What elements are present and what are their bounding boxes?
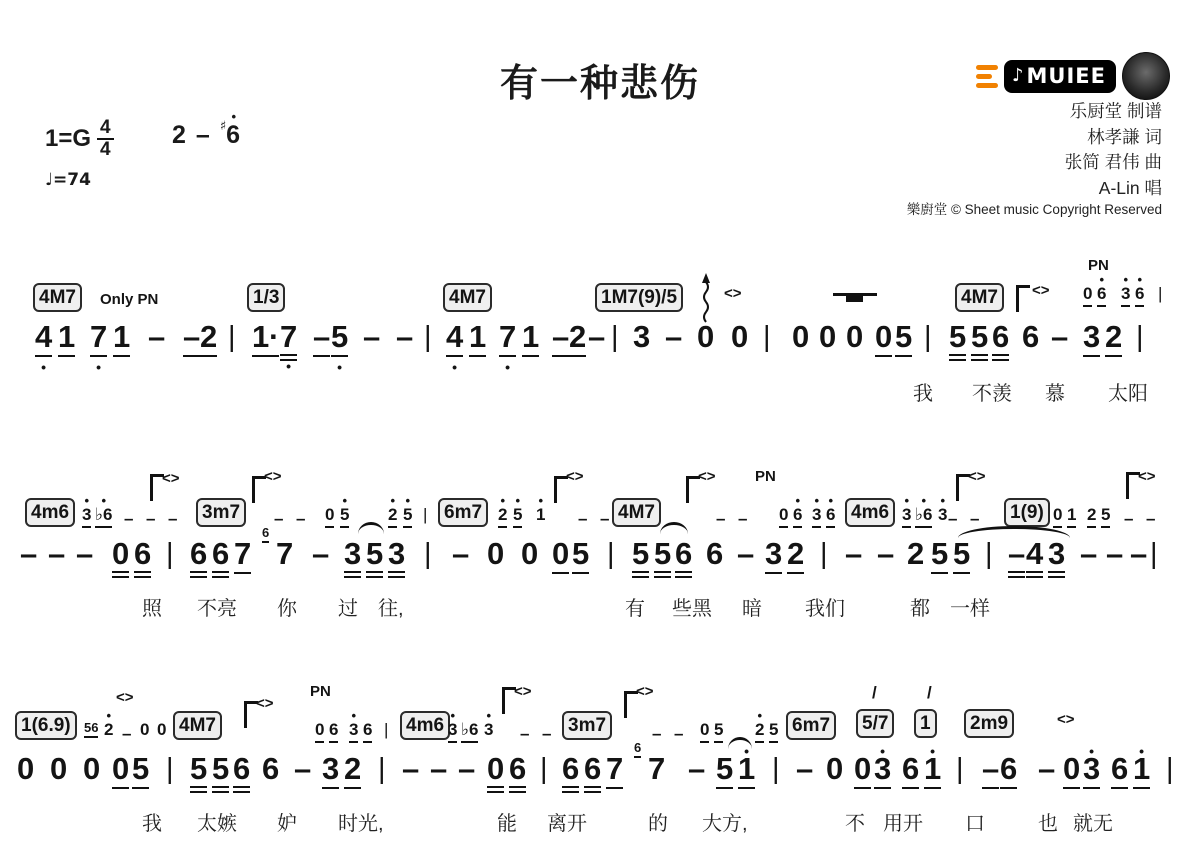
lyric: 不羡 xyxy=(972,377,1012,406)
upper-voice-note: – xyxy=(600,510,609,528)
melody-note: 6 xyxy=(584,753,601,793)
slur-arc xyxy=(660,522,688,534)
melody-note: 6 xyxy=(262,753,279,785)
upper-voice-note: 5 xyxy=(714,721,723,743)
lyric: 用开 xyxy=(883,807,923,836)
hairpin-icon: <> xyxy=(162,470,180,487)
grace-note: 56 xyxy=(84,721,98,738)
melody-note: 3 xyxy=(322,753,339,789)
melody-note: 3 xyxy=(388,538,405,578)
upper-voice-note: 2 xyxy=(755,721,764,743)
upper-voice-note: 2 xyxy=(104,721,113,739)
slur-arc xyxy=(358,522,384,534)
melody-note: 5 xyxy=(895,321,912,357)
chord-badge: 4M7 xyxy=(173,711,222,740)
upper-voice-note: – xyxy=(296,510,305,528)
upper-voice-note: 5 xyxy=(769,721,778,743)
lyric: 离开 xyxy=(547,807,587,836)
upper-voice-note: 0 xyxy=(315,721,324,743)
melody-note: 5 xyxy=(331,321,348,357)
melody-note: – xyxy=(1038,753,1055,785)
melody-note: 0 xyxy=(697,321,714,353)
melody-note: – xyxy=(982,753,999,789)
quarter-note-icon: ♩ xyxy=(45,170,53,190)
melody-note: 0 xyxy=(50,753,67,785)
melody-note: 1 xyxy=(522,321,539,357)
pickup-degree: 6 xyxy=(226,121,240,150)
upper-voice-note: ♭6 xyxy=(461,721,478,743)
chord-badge: 2m9 xyxy=(964,709,1014,738)
upper-voice-note: – xyxy=(542,725,551,743)
melody-note: 7 xyxy=(234,538,251,574)
barline: | xyxy=(424,538,432,570)
melody-note: – xyxy=(588,321,605,353)
lyric: 照 xyxy=(142,592,162,621)
melody-note: 5 xyxy=(212,753,229,793)
upper-voice-note: 1 xyxy=(1067,506,1076,528)
melody-note: 1 xyxy=(738,753,755,789)
logo-text: MUIEE xyxy=(1027,64,1106,88)
melody-note: 5 xyxy=(190,753,207,793)
copyright-line: 樂廚堂 © Sheet music Copyright Reserved xyxy=(907,198,1162,218)
tempo-marking: ♩=74 xyxy=(45,170,91,190)
hairpin-icon: <> xyxy=(1138,468,1156,485)
melody-note: – xyxy=(20,538,37,570)
hairpin-icon: <> xyxy=(514,683,532,700)
upper-voice-note: 0 xyxy=(1053,506,1062,528)
melody-note: 5 xyxy=(572,538,589,574)
barline: | xyxy=(607,538,615,570)
melody-note: 6 xyxy=(1111,753,1128,789)
hold-corner-icon xyxy=(1016,285,1030,312)
upper-voice-note: – xyxy=(168,510,177,528)
melody-note: 4 xyxy=(1026,538,1043,578)
melody-note: 6 xyxy=(1000,753,1017,789)
melody-note: 0 xyxy=(819,321,836,353)
barline: | xyxy=(1150,538,1158,570)
hairpin-icon: <> xyxy=(636,683,654,700)
hairpin-icon: <> xyxy=(116,689,134,706)
hairpin-icon: <> xyxy=(264,468,282,485)
melody-note: 0 xyxy=(552,538,569,574)
melody-note: – xyxy=(76,538,93,570)
melody-note: 3 xyxy=(633,321,650,353)
melody-note: 6 xyxy=(675,538,692,578)
melody-note: 1 xyxy=(58,321,75,357)
lyric: 些黑 xyxy=(672,592,712,621)
upper-voice-note: 6 xyxy=(1097,285,1106,307)
melody-note: 2 xyxy=(200,321,217,357)
melody-note: 2 xyxy=(787,538,804,574)
upper-voice-note: 3 xyxy=(938,506,947,524)
upper-voice-note: – xyxy=(716,510,725,528)
barline: | xyxy=(763,321,771,353)
hairpin-icon: <> xyxy=(724,285,742,302)
melody-note: 7 xyxy=(499,321,516,357)
melody-note: 1 xyxy=(252,321,269,357)
credits-block: 乐厨堂 制谱林孝謙 词张简 君伟 曲A-Lin 唱 xyxy=(1065,99,1162,201)
slash-mark-icon: / xyxy=(927,683,932,703)
melody-note: 7 xyxy=(280,321,297,361)
lyric: 你 xyxy=(277,592,297,621)
upper-voice-note: 5 xyxy=(513,506,522,528)
chord-badge: 1 xyxy=(914,709,937,738)
lyric: 就无 xyxy=(1073,807,1113,836)
upper-voice-note: ♭6 xyxy=(95,506,112,528)
melody-note: – xyxy=(402,753,419,785)
melody-note: 5 xyxy=(971,321,988,361)
page-title: 有一种悲伤 xyxy=(500,52,700,107)
melody-note: – xyxy=(294,753,311,785)
upper-voice-note: 3 xyxy=(812,506,821,528)
lyric: 都 xyxy=(910,592,930,621)
melody-note: 7 xyxy=(276,538,293,570)
pickup-dash: – xyxy=(196,121,210,150)
melody-note: 3 xyxy=(1083,321,1100,357)
chord-badge: 3m7 xyxy=(196,498,246,527)
melody-note: – xyxy=(363,321,380,353)
melody-note: 6 xyxy=(706,538,723,570)
hairpin-icon: <> xyxy=(1032,282,1050,299)
upper-voice-note: – xyxy=(274,510,283,528)
time-signature: 4 4 xyxy=(97,118,114,160)
lyric: 不 xyxy=(845,807,865,836)
melody-note: 0 xyxy=(846,321,863,353)
chord-badge: 5/7 xyxy=(856,709,894,738)
hairpin-icon: <> xyxy=(698,468,716,485)
melody-note: 5 xyxy=(949,321,966,361)
key-signature: 1=G 4 4 xyxy=(45,118,114,160)
music-line: 4M7Only PN1/34M71M7(9)/5<>4M7<>PN0636|41… xyxy=(0,255,1200,430)
lyric: 太嫉 xyxy=(197,807,237,836)
upper-voice-note: – xyxy=(578,510,587,528)
lyric: 口 xyxy=(965,807,985,836)
upper-voice-note: – xyxy=(970,510,979,528)
chord-badge: 3m7 xyxy=(562,711,612,740)
lyric: 往, xyxy=(378,592,404,621)
barline: | xyxy=(924,321,932,353)
upper-voice-note: – xyxy=(652,725,661,743)
melody-note: 3 xyxy=(1048,538,1065,578)
melody-note: 3 xyxy=(874,753,891,789)
annotation-label: PN xyxy=(755,468,776,485)
melody-note: – xyxy=(552,321,569,357)
publisher-logo: ♪ MUIEE xyxy=(976,52,1170,100)
credit-line: 乐厨堂 制谱 xyxy=(1065,99,1162,125)
lyric: 太阳 xyxy=(1108,377,1148,406)
music-line: 4m63♭6<>–––3m7<>––0525|6m7251<>––4M7<>––… xyxy=(0,468,1200,643)
melody-note: 3 xyxy=(1083,753,1100,789)
barline: | xyxy=(611,321,619,353)
melody-note: – xyxy=(148,321,165,353)
upper-voice-note: 5 xyxy=(340,506,349,528)
chord-badge: 4m6 xyxy=(25,498,75,527)
melody-note: – xyxy=(312,538,329,570)
annotation-label: PN xyxy=(1088,257,1109,274)
melody-note: – xyxy=(458,753,475,785)
slash-mark-icon: / xyxy=(872,683,877,703)
barline: | xyxy=(1136,321,1144,353)
lyric: 我们 xyxy=(805,592,845,621)
grace-note: 6 xyxy=(634,741,641,758)
annotation-label: PN xyxy=(310,683,331,700)
melody-note: 1 xyxy=(1133,753,1150,789)
time-sig-denominator: 4 xyxy=(100,140,111,160)
upper-voice-note: 5 xyxy=(403,506,412,528)
upper-voice-note: 3 xyxy=(1121,285,1130,307)
upper-voice-note: 2 xyxy=(498,506,507,528)
melody-note: 2 xyxy=(1105,321,1122,357)
melody-note: 5 xyxy=(953,538,970,574)
barline: | xyxy=(772,753,780,785)
melody-note: 3 xyxy=(765,538,782,574)
melody-note: 0 xyxy=(487,538,504,570)
melody-note: 5 xyxy=(366,538,383,578)
upper-voice-note: 2 xyxy=(388,506,397,528)
hairpin-icon: <> xyxy=(968,468,986,485)
hamburger-menu-icon xyxy=(976,65,998,88)
chord-badge: 6m7 xyxy=(786,711,836,740)
pickup-note: 2 xyxy=(172,121,186,150)
melody-note: – xyxy=(845,538,862,570)
music-note-icon: ♪ xyxy=(1012,65,1025,86)
lyric: 一样 xyxy=(950,592,990,621)
lyric: 过 xyxy=(338,592,358,621)
melody-note: 2 xyxy=(907,538,924,570)
melody-note: 6 xyxy=(992,321,1009,361)
barline: | xyxy=(378,753,386,785)
lyric: 的 xyxy=(648,807,668,836)
upper-barline: | xyxy=(384,721,388,739)
upper-voice-note: ♭6 xyxy=(915,506,932,528)
melody-note: 6 xyxy=(233,753,250,793)
barline: | xyxy=(985,538,993,570)
melody-note: 5 xyxy=(654,538,671,578)
upper-voice-note: 0 xyxy=(700,721,709,743)
pickup-notes: 2 – ♯ 6 xyxy=(172,121,240,150)
chord-badge: 1(6.9) xyxy=(15,711,77,740)
melody-note: 4 xyxy=(35,321,52,357)
melody-note: 6 xyxy=(509,753,526,793)
sheet-page: 有一种悲伤 ♪ MUIEE 乐厨堂 制谱林孝謙 词张简 君伟 曲A-Lin 唱 … xyxy=(0,0,1200,850)
upper-voice-note: 0 xyxy=(1083,285,1092,307)
lyric: 我 xyxy=(913,377,933,406)
lyric: 慕 xyxy=(1045,377,1065,406)
melody-note: 1 xyxy=(113,321,130,357)
upper-voice-note: 1 xyxy=(536,506,545,524)
upper-voice-note: – xyxy=(674,725,683,743)
melody-note: – xyxy=(430,753,447,785)
upper-voice-note: 3 xyxy=(82,506,91,528)
upper-voice-note: 6 xyxy=(793,506,802,528)
upper-voice-note: 6 xyxy=(826,506,835,528)
key-label: 1=G xyxy=(45,125,91,153)
grace-note: 6 xyxy=(262,526,269,543)
upper-voice-note: 6 xyxy=(363,721,372,743)
melody-note: 0 xyxy=(826,753,843,785)
annotation-label: Only PN xyxy=(100,291,158,308)
chord-badge: 6m7 xyxy=(438,498,488,527)
melody-note: 0 xyxy=(17,753,34,785)
melody-note: 0 xyxy=(731,321,748,353)
melody-note: 0 xyxy=(1063,753,1080,789)
melody-note: 5 xyxy=(931,538,948,574)
melody-note: – xyxy=(796,753,813,785)
upper-voice-note: 3 xyxy=(484,721,493,739)
chord-badge: 4M7 xyxy=(612,498,661,527)
credit-line: 林孝謙 词 xyxy=(1065,125,1162,151)
upper-voice-note: 2 xyxy=(1087,506,1096,528)
chord-badge: 1/3 xyxy=(247,283,285,312)
hairpin-icon: <> xyxy=(566,468,584,485)
melody-note: 6 xyxy=(134,538,151,578)
melody-note: 0 xyxy=(854,753,871,789)
lyric: 也 xyxy=(1038,807,1058,836)
lyric: 有 xyxy=(625,592,645,621)
hairpin-icon: <> xyxy=(1057,711,1075,728)
melody-note: 7 xyxy=(648,753,665,785)
upper-voice-note: – xyxy=(520,725,529,743)
melody-note: – xyxy=(452,538,469,570)
melody-note: 7 xyxy=(90,321,107,357)
lyric: 我 xyxy=(142,807,162,836)
upper-voice-note: – xyxy=(124,510,133,528)
melody-note: 2 xyxy=(344,753,361,789)
upper-voice-note: 0 xyxy=(779,506,788,528)
logo-wordmark: ♪ MUIEE xyxy=(1004,60,1116,93)
credit-line: 张简 君伟 曲 xyxy=(1065,150,1162,176)
melody-note: – xyxy=(737,538,754,570)
upper-voice-note: – xyxy=(1146,510,1155,528)
time-sig-numerator: 4 xyxy=(97,118,114,140)
chord-badge: 4m6 xyxy=(845,498,895,527)
melody-note: – xyxy=(1080,538,1097,570)
melody-note: – xyxy=(1051,321,1068,353)
melody-note: 2 xyxy=(569,321,586,357)
tempo-value: =74 xyxy=(53,170,91,190)
melody-note: – xyxy=(877,538,894,570)
melody-note: 3 xyxy=(344,538,361,578)
melody-note: 5 xyxy=(132,753,149,789)
music-line: 1(6.9)562–00<>4M7<>PN0636|4m63♭63<>––3m7… xyxy=(0,683,1200,850)
melody-note: – xyxy=(688,753,705,785)
melody-note: – xyxy=(1106,538,1123,570)
upper-voice-note: 6 xyxy=(329,721,338,743)
melody-note: 0 xyxy=(112,538,129,578)
melody-note: 0 xyxy=(83,753,100,785)
upper-voice-note: 0 xyxy=(140,721,149,739)
melody-note: 6 xyxy=(562,753,579,793)
upper-voice-note: 3 xyxy=(902,506,911,528)
melody-note: 1 xyxy=(924,753,941,789)
chord-badge: 4M7 xyxy=(955,283,1004,312)
melody-note: 0 xyxy=(521,538,538,570)
barline: | xyxy=(166,538,174,570)
upper-voice-note: 3 xyxy=(448,721,457,743)
melody-note: 6 xyxy=(1022,321,1039,353)
lyric: 不亮 xyxy=(197,592,237,621)
hairpin-icon: <> xyxy=(256,695,274,712)
melody-note: – xyxy=(1130,538,1147,570)
melody-note: 1 xyxy=(469,321,486,357)
upper-barline: | xyxy=(1158,285,1162,303)
melody-note: – xyxy=(396,321,413,353)
chord-badge: 4M7 xyxy=(443,283,492,312)
lyric: 能 xyxy=(497,807,517,836)
lyric: 暗 xyxy=(742,592,762,621)
melody-note: – xyxy=(48,538,65,570)
melody-note: 0 xyxy=(875,321,892,357)
avatar xyxy=(1122,52,1170,100)
chord-badge: 4m6 xyxy=(400,711,450,740)
melody-note: – xyxy=(183,321,200,357)
rest-bar-icon xyxy=(833,293,877,296)
melody-note: – xyxy=(665,321,682,353)
melody-note: 6 xyxy=(190,538,207,578)
upper-voice-note: – xyxy=(1124,510,1133,528)
upper-voice-note: – xyxy=(122,725,131,743)
barline: | xyxy=(540,753,548,785)
upper-voice-note: – xyxy=(948,510,957,528)
melody-note: 7 xyxy=(606,753,623,789)
barline: | xyxy=(228,321,236,353)
chord-badge: 1(9) xyxy=(1004,498,1050,527)
melody-note: 0 xyxy=(112,753,129,789)
lyric: 妒 xyxy=(277,807,297,836)
lyric: 大方, xyxy=(702,807,748,836)
melody-note: – xyxy=(313,321,330,357)
upper-voice-note: 6 xyxy=(1135,285,1144,307)
upper-voice-note: – xyxy=(738,510,747,528)
upper-barline: | xyxy=(423,506,427,524)
melody-note: 0 xyxy=(487,753,504,793)
melody-note: 4 xyxy=(446,321,463,357)
barline: | xyxy=(424,321,432,353)
melody-note: · xyxy=(269,321,279,357)
barline: | xyxy=(820,538,828,570)
upper-voice-note: 5 xyxy=(1101,506,1110,528)
melody-note: – xyxy=(1008,538,1025,578)
chord-badge: 1M7(9)/5 xyxy=(595,283,683,312)
melody-note: 6 xyxy=(212,538,229,578)
melody-note: 5 xyxy=(716,753,733,789)
melody-note: 0 xyxy=(792,321,809,353)
chord-badge: 4M7 xyxy=(33,283,82,312)
barline: | xyxy=(1166,753,1174,785)
upper-voice-note: – xyxy=(146,510,155,528)
barline: | xyxy=(166,753,174,785)
lyric: 时光, xyxy=(338,807,384,836)
melody-note: 5 xyxy=(632,538,649,578)
upper-voice-note: 0 xyxy=(157,721,166,739)
upper-voice-note: 3 xyxy=(349,721,358,743)
barline: | xyxy=(956,753,964,785)
upper-voice-note: 0 xyxy=(325,506,334,528)
melody-note: 6 xyxy=(902,753,919,789)
